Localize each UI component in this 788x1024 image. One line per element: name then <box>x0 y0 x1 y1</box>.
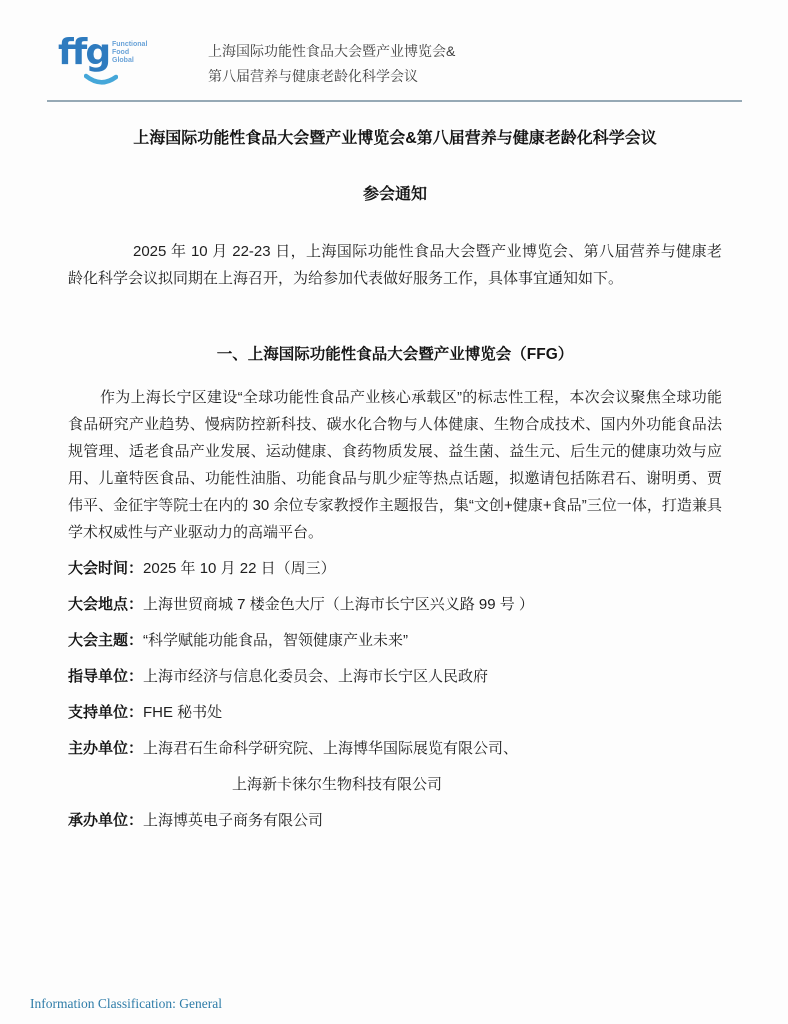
detail-list: 大会时间：2025 年 10 月 22 日（周三） 大会地点：上海世贸商城 7 … <box>68 555 722 834</box>
detail-supporting-unit: 支持单位：FHE 秘书处 <box>68 699 722 726</box>
document-subtitle: 参会通知 <box>68 184 722 206</box>
detail-label: 大会时间： <box>68 560 143 577</box>
document-title: 上海国际功能性食品大会暨产业博览会&第八届营养与健康老龄化科学会议 <box>68 128 722 150</box>
detail-value: “科学赋能功能食品，智领健康产业未来” <box>143 632 408 649</box>
section1-heading: 一、上海国际功能性食品大会暨产业博览会（FFG） <box>68 344 722 365</box>
logo-swoosh-icon <box>84 73 118 86</box>
detail-conference-venue: 大会地点：上海世贸商城 7 楼金色大厅（上海市长宁区兴义路 99 号 ） <box>68 591 722 618</box>
detail-value: 上海世贸商城 7 楼金色大厅（上海市长宁区兴义路 99 号 ） <box>143 596 534 613</box>
tagline-line: Global <box>112 57 147 65</box>
classification-footer: Information Classification: General <box>30 996 222 1012</box>
detail-label: 大会地点： <box>68 596 143 613</box>
ffg-logo-tagline: Functional Food Global <box>112 41 147 65</box>
header-title-line2: 第八届营养与健康老龄化科学会议 <box>208 64 455 89</box>
detail-value: 2025 年 10 月 22 日（周三） <box>143 560 336 577</box>
detail-value: 上海博英电子商务有限公司 <box>143 812 323 829</box>
detail-conference-time: 大会时间：2025 年 10 月 22 日（周三） <box>68 555 722 582</box>
detail-organizer-unit: 承办单位：上海博英电子商务有限公司 <box>68 807 722 834</box>
detail-value: 上海君石生命科学研究院、上海博华国际展览有限公司、 <box>143 740 518 757</box>
detail-label: 承办单位： <box>68 812 143 829</box>
detail-value: 上海市经济与信息化委员会、上海市长宁区人民政府 <box>143 668 488 685</box>
detail-guiding-unit: 指导单位：上海市经济与信息化委员会、上海市长宁区人民政府 <box>68 663 722 690</box>
detail-host-unit-continuation: 上海新卡徕尔生物科技有限公司 <box>68 771 722 798</box>
header-divider <box>47 100 742 102</box>
detail-label: 指导单位： <box>68 668 143 685</box>
section1-body: 作为上海长宁区建设“全球功能性食品产业核心承载区”的标志性工程，本次会议聚焦全球… <box>68 384 722 546</box>
header-title-line1: 上海国际功能性食品大会暨产业博览会& <box>208 39 455 64</box>
header-inner: ffg Functional Food Global 上海国际功能性食品大会暨产… <box>58 36 742 89</box>
detail-conference-theme: 大会主题：“科学赋能功能食品，智领健康产业未来” <box>68 627 722 654</box>
detail-label: 大会主题： <box>68 632 143 649</box>
tagline-line: Functional <box>112 41 147 49</box>
detail-label: 支持单位： <box>68 704 143 721</box>
detail-value: FHE 秘书处 <box>143 704 222 721</box>
tagline-line: Food <box>112 49 147 57</box>
intro-paragraph: 2025 年 10 月 22-23 日，上海国际功能性食品大会暨产业博览会、第八… <box>68 238 722 292</box>
page-header: ffg Functional Food Global 上海国际功能性食品大会暨产… <box>0 0 788 89</box>
document-page: ffg Functional Food Global 上海国际功能性食品大会暨产… <box>0 0 788 1024</box>
detail-host-unit: 主办单位：上海君石生命科学研究院、上海博华国际展览有限公司、 <box>68 735 722 762</box>
detail-value: 上海新卡徕尔生物科技有限公司 <box>232 776 442 793</box>
header-conference-title: 上海国际功能性食品大会暨产业博览会& 第八届营养与健康老龄化科学会议 <box>208 39 455 89</box>
logo-swoosh-path <box>86 76 116 82</box>
document-content: 上海国际功能性食品大会暨产业博览会&第八届营养与健康老龄化科学会议 参会通知 2… <box>0 128 788 834</box>
detail-label: 主办单位： <box>68 740 143 757</box>
ffg-logo: ffg Functional Food Global <box>58 36 150 88</box>
